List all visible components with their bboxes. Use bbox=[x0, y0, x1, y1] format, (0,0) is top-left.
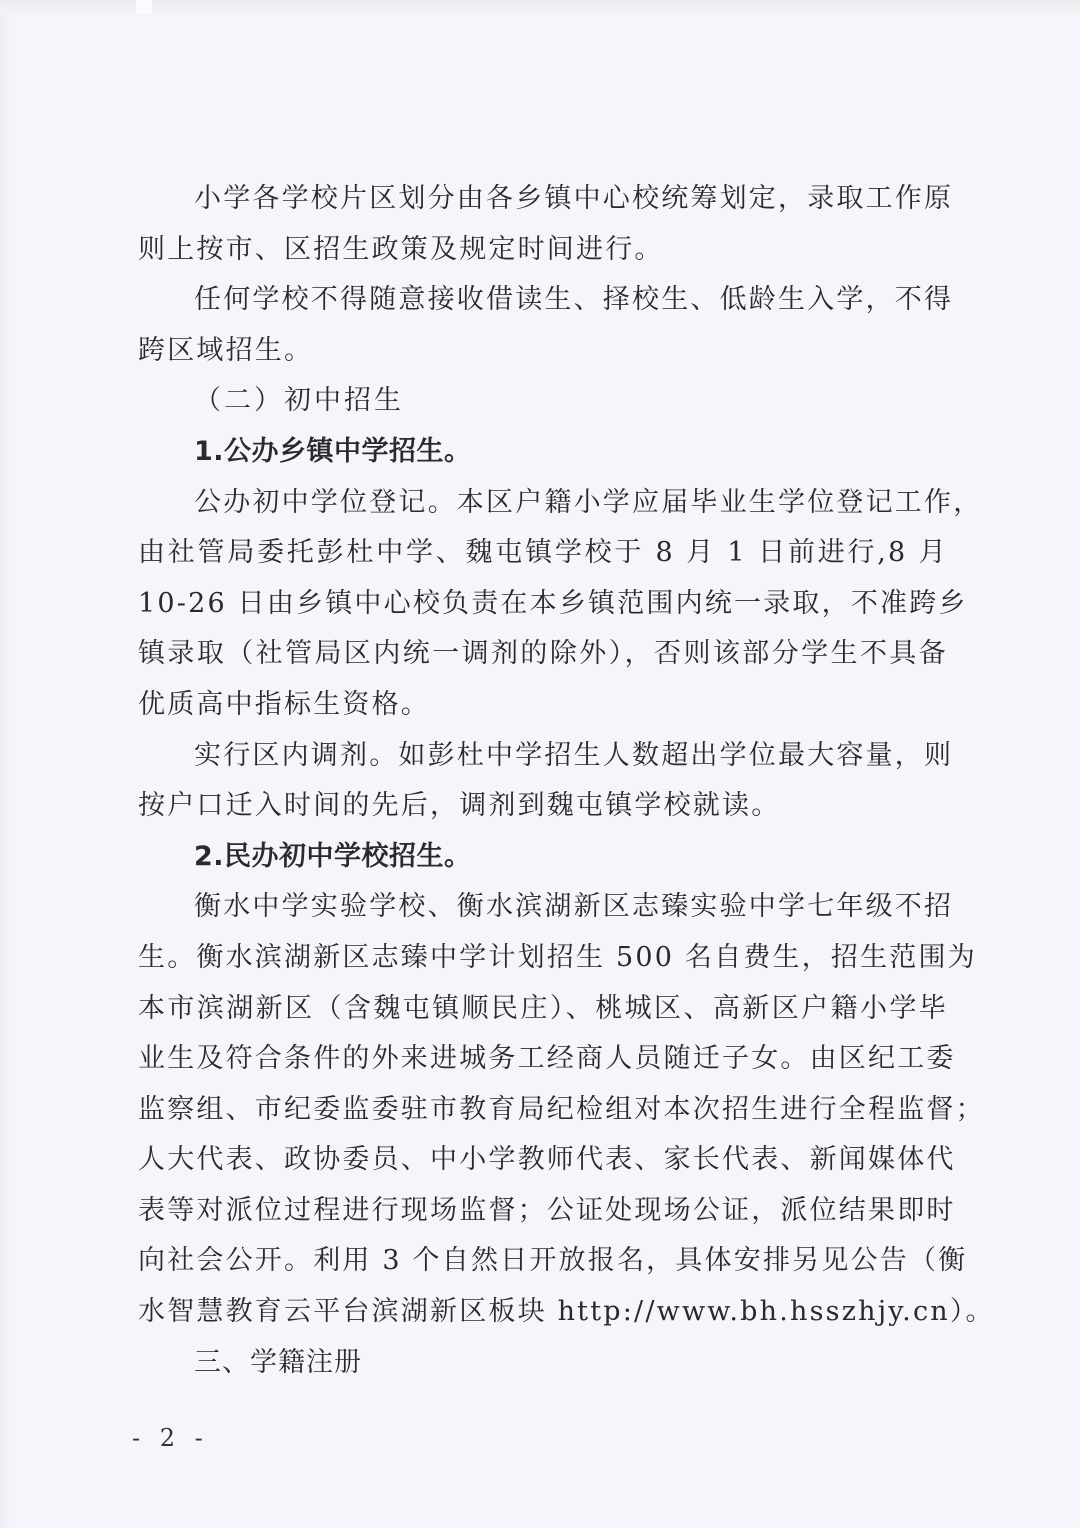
paragraph-line: 监察组、市纪委监委驻市教育局纪检组对本次招生进行全程监督； bbox=[138, 1085, 948, 1136]
section-heading-student-registration: 三、学籍注册 bbox=[138, 1338, 948, 1389]
paragraph-line: 本市滨湖新区（含魏屯镇顺民庄）、桃城区、高新区户籍小学毕 bbox=[138, 984, 948, 1035]
paragraph-line: 10-26 日由乡镇中心校负责在本乡镇范围内统一录取，不准跨乡 bbox=[138, 579, 948, 630]
scan-top-gap bbox=[136, 0, 152, 14]
paragraph-line: 由社管局委托彭杜中学、魏屯镇学校于 8 月 1 日前进行,8 月 bbox=[138, 528, 948, 579]
scan-top-edge bbox=[0, 0, 1080, 14]
scan-left-edge bbox=[0, 14, 10, 1528]
paragraph-line: 人大代表、政协委员、中小学教师代表、家长代表、新闻媒体代 bbox=[138, 1135, 948, 1186]
paragraph-line: 跨区域招生。 bbox=[138, 326, 948, 377]
paragraph-line: 镇录取（社管局区内统一调剂的除外），否则该部分学生不具备 bbox=[138, 629, 948, 680]
paragraph-line: 生。衡水滨湖新区志臻中学计划招生 500 名自费生，招生范围为 bbox=[138, 933, 948, 984]
page-number: - 2 - bbox=[132, 1424, 209, 1452]
section-subheading: （二）初中招生 bbox=[138, 376, 948, 427]
paragraph-line: 则上按市、区招生政策及规定时间进行。 bbox=[138, 225, 948, 276]
paragraph-line: 表等对派位过程进行现场监督；公证处现场公证，派位结果即时 bbox=[138, 1186, 948, 1237]
item-heading-private-middle-school: 2.民办初中学校招生。 bbox=[138, 832, 948, 883]
paragraph-line: 衡水中学实验学校、衡水滨湖新区志臻实验中学七年级不招 bbox=[138, 882, 948, 933]
paragraph-line: 公办初中学位登记。本区户籍小学应届毕业生学位登记工作， bbox=[138, 478, 948, 529]
document-page-body: 小学各学校片区划分由各乡镇中心校统筹划定，录取工作原 则上按市、区招生政策及规定… bbox=[138, 174, 948, 1388]
paragraph-line: 水智慧教育云平台滨湖新区板块 http://www.bh.hsszhjy.cn）… bbox=[138, 1287, 948, 1338]
paragraph-line: 按户口迁入时间的先后，调剂到魏屯镇学校就读。 bbox=[138, 781, 948, 832]
paragraph-line: 实行区内调剂。如彭杜中学招生人数超出学位最大容量，则 bbox=[138, 731, 948, 782]
paragraph-line: 任何学校不得随意接收借读生、择校生、低龄生入学，不得 bbox=[138, 275, 948, 326]
paragraph-line: 优质高中指标生资格。 bbox=[138, 680, 948, 731]
paragraph-line: 向社会公开。利用 3 个自然日开放报名，具体安排另见公告（衡 bbox=[138, 1236, 948, 1287]
paragraph-line: 业生及符合条件的外来进城务工经商人员随迁子女。由区纪工委 bbox=[138, 1034, 948, 1085]
item-heading-public-middle-school: 1.公办乡镇中学招生。 bbox=[138, 427, 948, 478]
paragraph-line: 小学各学校片区划分由各乡镇中心校统筹划定，录取工作原 bbox=[138, 174, 948, 225]
